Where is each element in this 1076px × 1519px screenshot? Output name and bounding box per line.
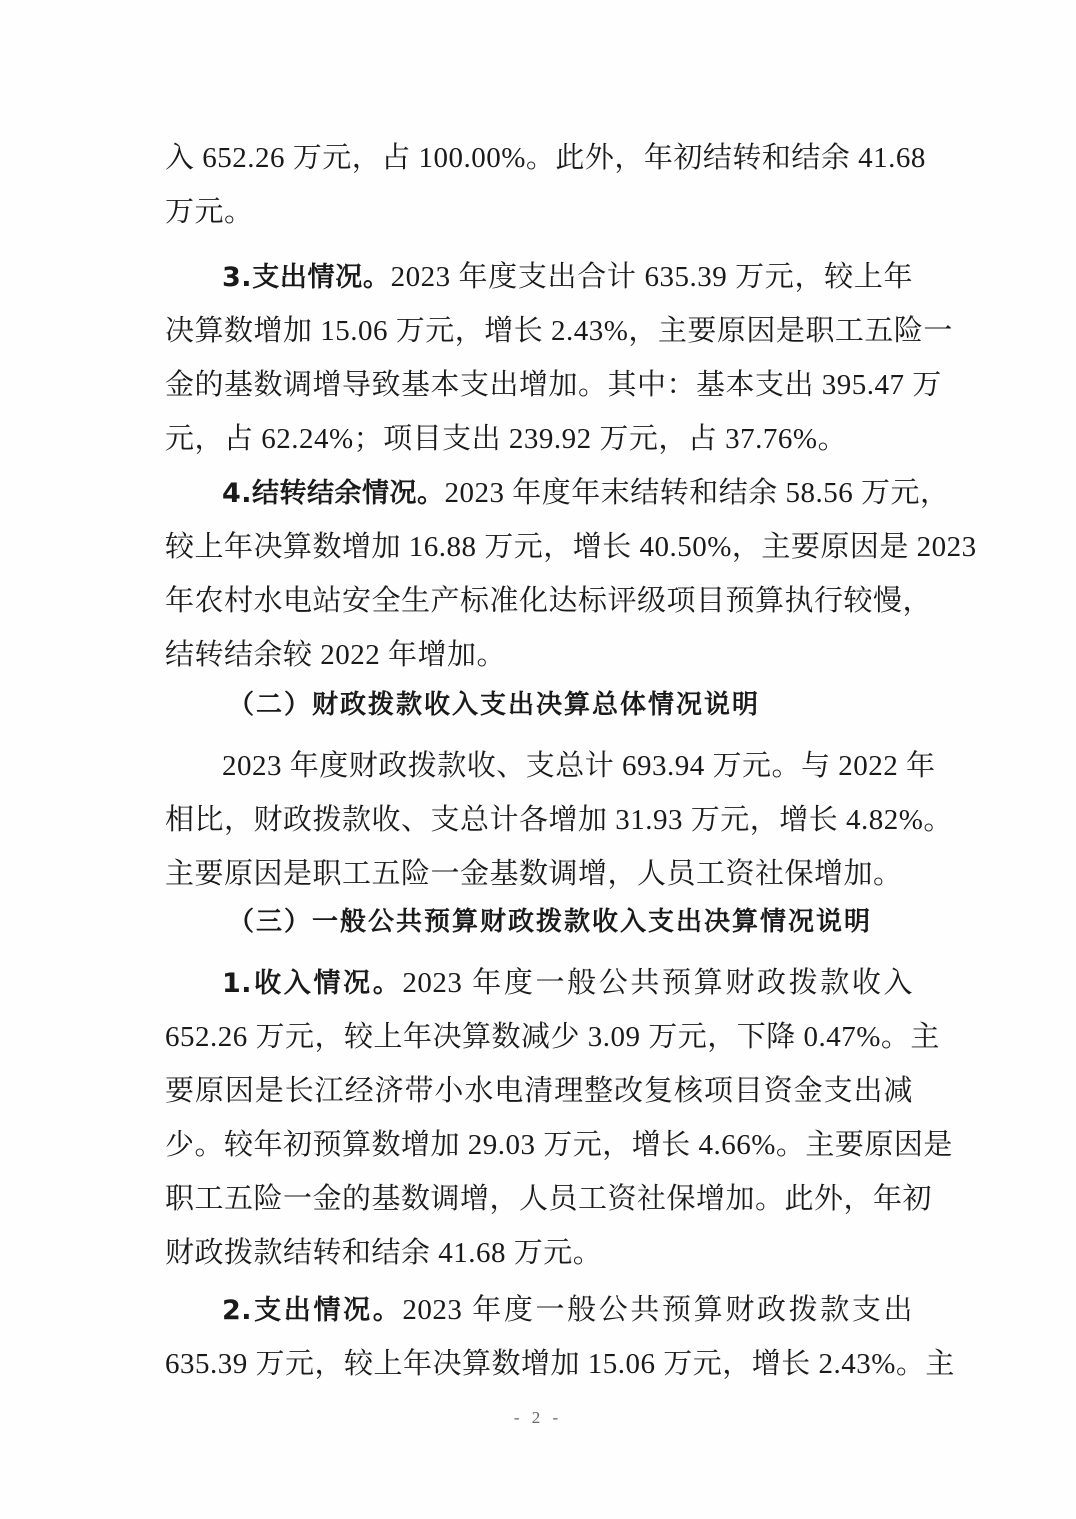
paragraph-line: 635.39 万元，较上年决算数增加 15.06 万元，增长 2.43%。主: [165, 1337, 913, 1391]
paragraph-line: 结转结余较 2022 年增加。: [165, 628, 913, 682]
paragraph-line: 财政拨款结转和结余 41.68 万元。: [165, 1226, 913, 1280]
paragraph-line: 决算数增加 15.06 万元，增长 2.43%，主要原因是职工五险一: [165, 304, 913, 358]
paragraph-text: 2023 年度年末结转和结余 58.56 万元，: [445, 477, 950, 509]
paragraph-text: 2023 年度一般公共预算财政拨款支出: [402, 1294, 913, 1326]
paragraph-line: 较上年决算数增加 16.88 万元，增长 40.50%，主要原因是 2023: [165, 520, 913, 574]
paragraph-line: 2023 年度财政拨款收、支总计 693.94 万元。与 2022 年: [222, 739, 913, 793]
paragraph-line: 要原因是长江经济带小水电清理整改复核项目资金支出减: [165, 1064, 913, 1118]
page-number: - 2 -: [0, 1408, 1076, 1428]
section-lead-expenditure: 3.支出情况。: [222, 262, 391, 293]
paragraph-line: 少。较年初预算数增加 29.03 万元，增长 4.66%。主要原因是: [165, 1118, 913, 1172]
paragraph-text: 2023 年度支出合计 635.39 万元，较上年: [391, 261, 913, 293]
paragraph-text: 2023 年度一般公共预算财政拨款收入: [402, 967, 913, 999]
paragraph-line: 年农村水电站安全生产标准化达标评级项目预算执行较慢，: [165, 574, 913, 628]
section-lead-gp-income: 1.收入情况。: [222, 968, 402, 999]
paragraph-expenditure-first-line: 3.支出情况。2023 年度支出合计 635.39 万元，较上年: [222, 250, 913, 304]
section-heading-general-public-budget: （三）一般公共预算财政拨款收入支出决算情况说明: [228, 895, 872, 949]
paragraph-line: 金的基数调增导致基本支出增加。其中：基本支出 395.47 万: [165, 358, 913, 412]
paragraph-line: 主要原因是职工五险一金基数调增，人员工资社保增加。: [165, 847, 913, 901]
paragraph-line: 652.26 万元，较上年决算数减少 3.09 万元，下降 0.47%。主: [165, 1010, 913, 1064]
paragraph-line: 相比，财政拨款收、支总计各增加 31.93 万元，增长 4.82%。: [165, 793, 913, 847]
section-heading-fiscal-overview: （二）财政拨款收入支出决算总体情况说明: [228, 678, 760, 732]
paragraph-carryover-first-line: 4.结转结余情况。2023 年度年末结转和结余 58.56 万元，: [222, 466, 913, 520]
section-lead-carryover: 4.结转结余情况。: [222, 478, 445, 509]
section-lead-gp-expenditure: 2.支出情况。: [222, 1295, 402, 1326]
document-page: 入 652.26 万元，占 100.00%。此外，年初结转和结余 41.68 万…: [0, 0, 1076, 1519]
paragraph-line: 万元。: [165, 185, 913, 239]
paragraph-line: 元，占 62.24%；项目支出 239.92 万元，占 37.76%。: [165, 412, 913, 466]
paragraph-gp-income-first-line: 1.收入情况。2023 年度一般公共预算财政拨款收入: [222, 956, 913, 1010]
paragraph-line: 入 652.26 万元，占 100.00%。此外，年初结转和结余 41.68: [165, 131, 913, 185]
paragraph-line: 职工五险一金的基数调增，人员工资社保增加。此外，年初: [165, 1172, 913, 1226]
paragraph-gp-expenditure-first-line: 2.支出情况。2023 年度一般公共预算财政拨款支出: [222, 1283, 913, 1337]
